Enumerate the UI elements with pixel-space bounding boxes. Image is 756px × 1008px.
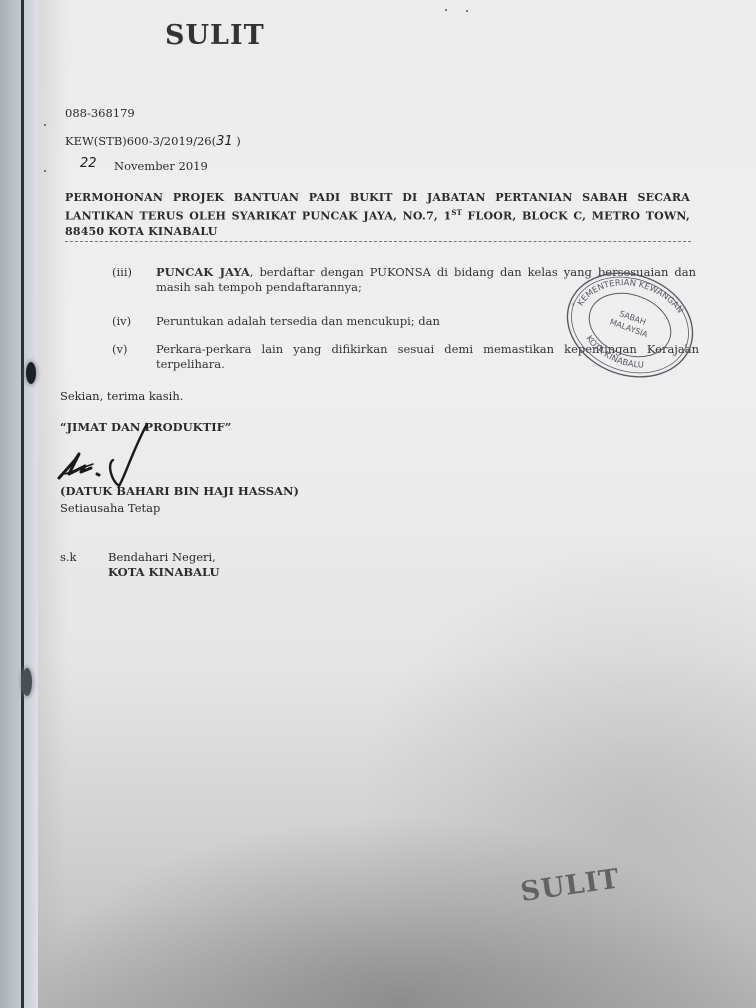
signatory-title: Setiausaha Tetap (60, 501, 160, 515)
handwritten-reference-number: 31 (216, 134, 233, 149)
speck (44, 124, 46, 126)
binder-edge (21, 0, 24, 1008)
item-text-line2: terpelihara. (156, 357, 225, 371)
cc-recipient: Bendahari Negeri, (108, 550, 216, 564)
svg-text:*: * (683, 343, 688, 351)
official-stamp-icon: KEMENTERIAN KEWANGAN KOTA KINABALU SABAH… (560, 268, 700, 383)
company-name: PUNCAK JAYA (156, 265, 250, 279)
signatory-name: (DATUK BAHARI BIN HAJI HASSAN) (60, 484, 299, 498)
date-month-year: November 2019 (114, 159, 208, 173)
punch-hole (26, 362, 36, 384)
item-number: (v) (112, 342, 127, 356)
reference-suffix: ) (233, 134, 241, 148)
speck (44, 170, 46, 172)
reference-prefix: KEW(STB)600-3/2019/26( (65, 134, 216, 148)
phone-number: 088-368179 (65, 106, 135, 120)
classification-header: SULIT (165, 20, 265, 51)
speck (445, 9, 447, 11)
speck (466, 10, 468, 12)
letter-subject: PERMOHONAN PROJEK BANTUAN PADI BUKIT DI … (65, 190, 690, 239)
cc-label: s.k (60, 550, 77, 564)
handwritten-date-day: 22 (80, 156, 97, 171)
cc-location: KOTA KINABALU (108, 565, 220, 579)
reference-number: KEW(STB)600-3/2019/26(31 ) (65, 134, 241, 149)
list-item: Peruntukan adalah tersedia dan mencukupi… (156, 314, 556, 329)
closing-remark: Sekian, terima kasih. (60, 389, 183, 403)
svg-text:*: * (570, 302, 575, 310)
background-surface (0, 0, 22, 1008)
punch-hole (22, 668, 32, 696)
item-number: (iii) (112, 265, 132, 279)
item-number: (iv) (112, 314, 131, 328)
subject-superscript: ST (451, 208, 462, 217)
divider (65, 241, 691, 242)
